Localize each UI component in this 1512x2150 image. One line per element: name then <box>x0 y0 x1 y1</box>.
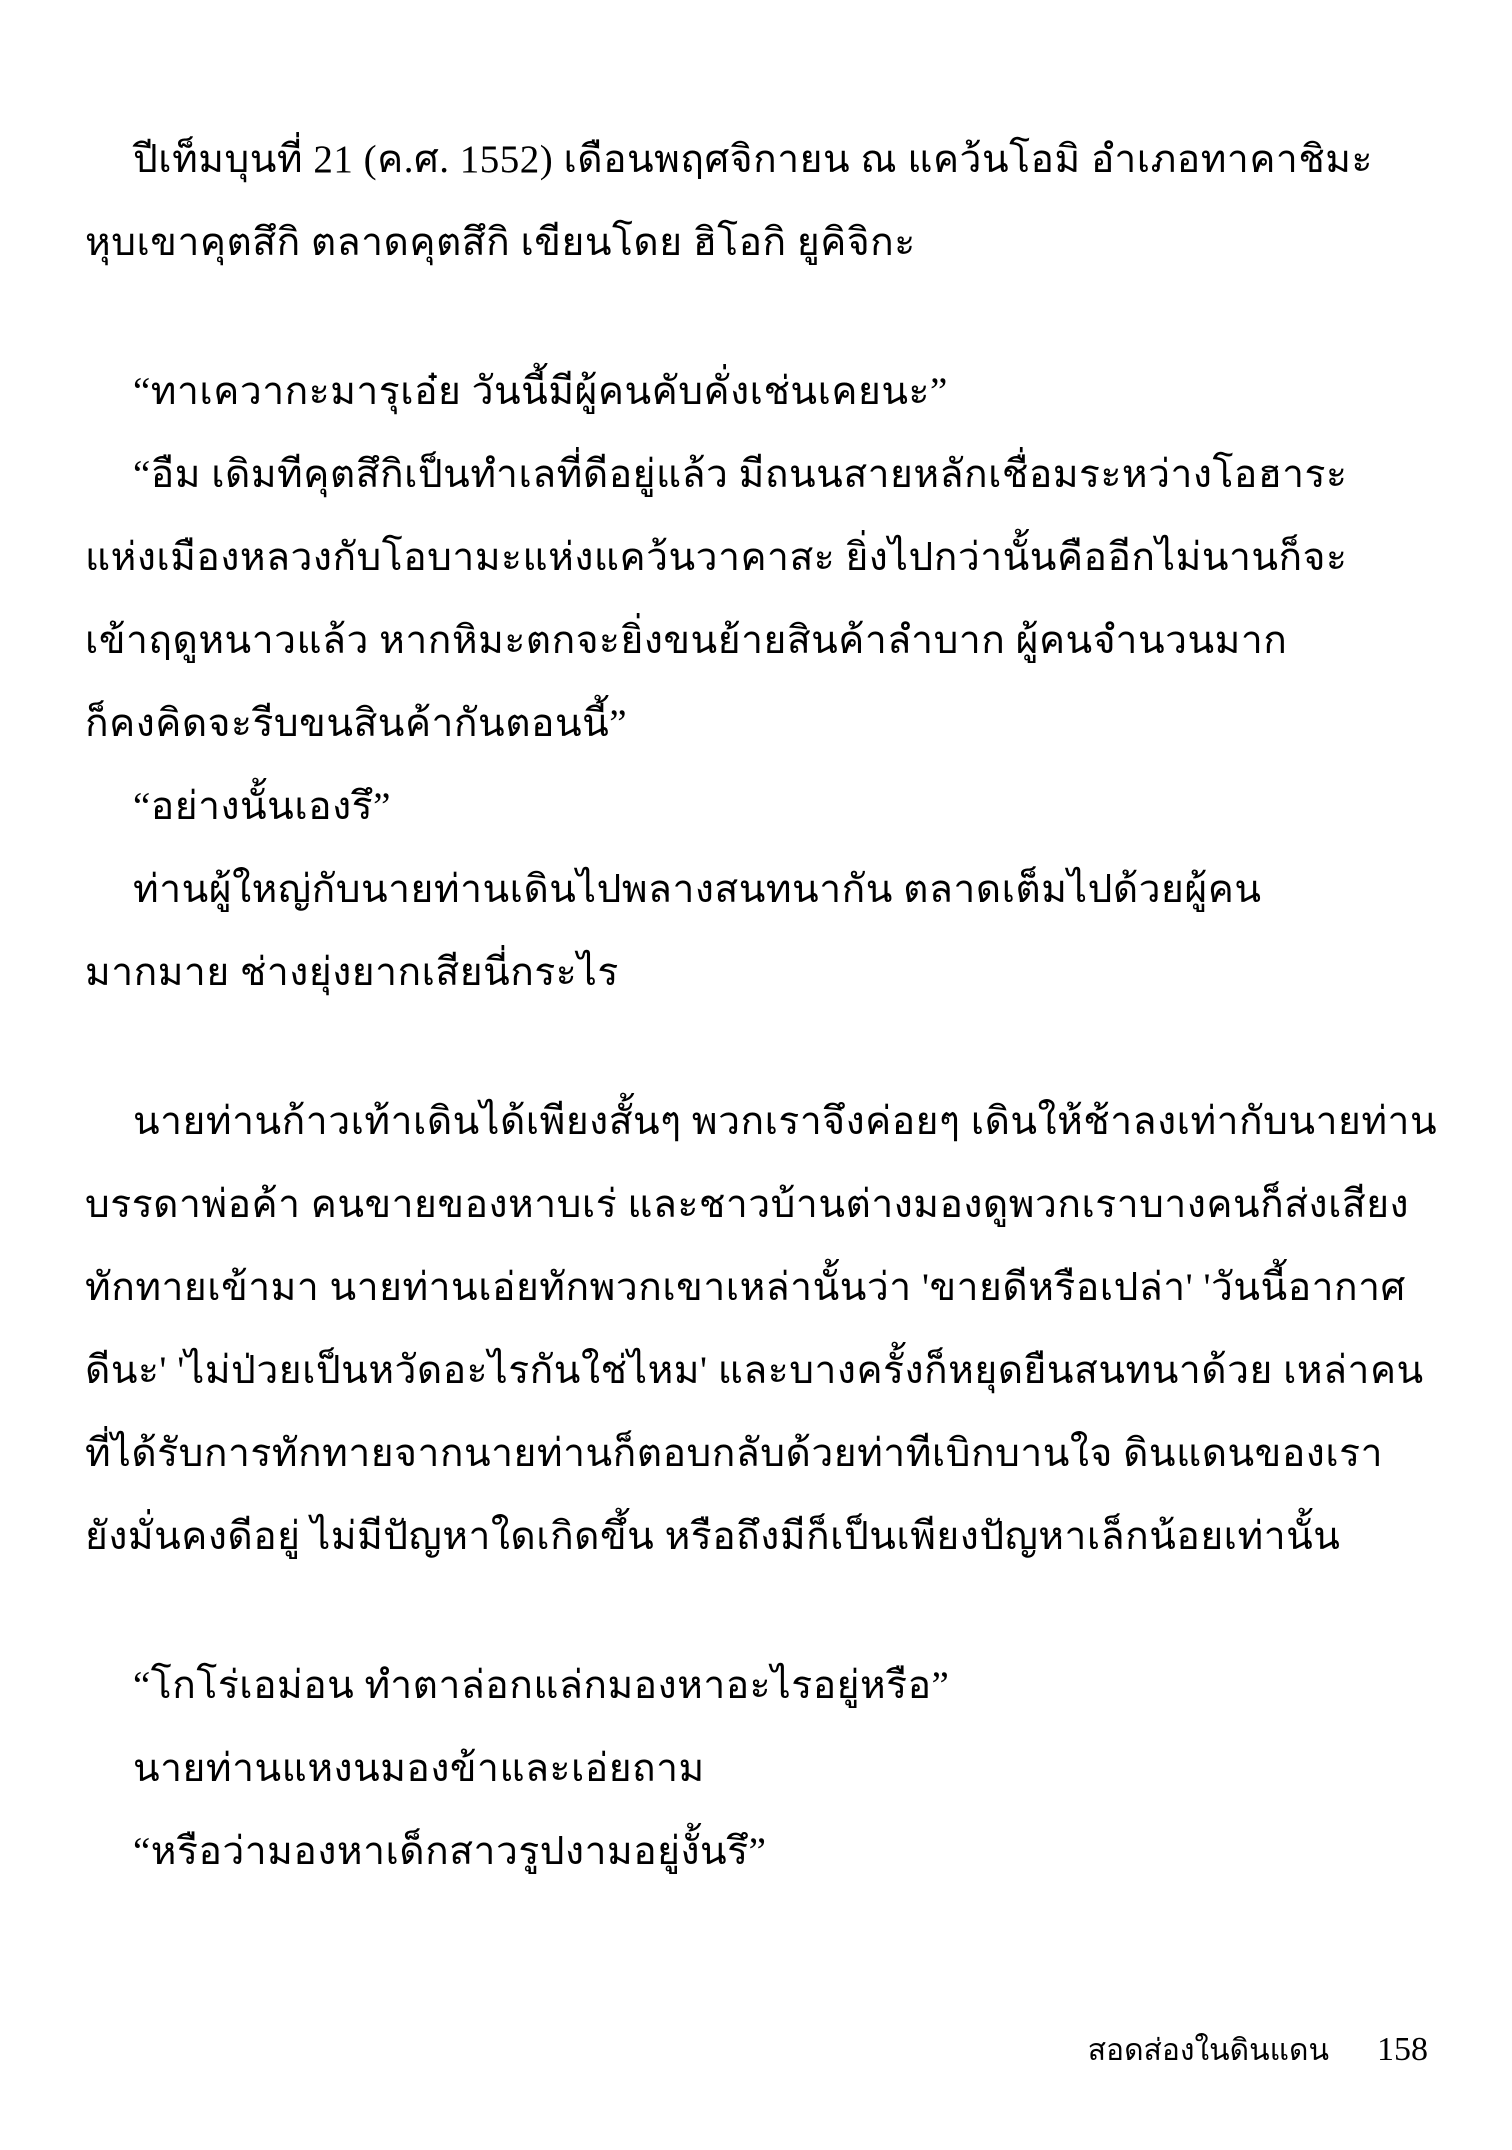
running-title: สอดส่องในดินแดน <box>1088 2027 1329 2074</box>
text-line: “หรือว่ามองหาเด็กสาวรูปงามอยู่งั้นรึ” <box>85 1810 1430 1893</box>
page-footer: สอดส่องในดินแดน 158 <box>1088 2027 1428 2074</box>
text-line: ปีเท็มบุนที่ 21 (ค.ศ. 1552) เดือนพฤศจิกา… <box>85 118 1430 201</box>
text-line: “อืม เดิมทีคุตสึกิเป็นทำเลที่ดีอยู่แล้ว … <box>85 433 1430 516</box>
page-number: 158 <box>1377 2031 1428 2069</box>
text-line: ที่ได้รับการทักทายจากนายท่านก็ตอบกลับด้ว… <box>85 1412 1430 1495</box>
text-line: ยังมั่นคงดีอยู่ ไม่มีปัญหาใดเกิดขึ้น หรื… <box>85 1495 1430 1578</box>
text-line: หุบเขาคุตสึกิ ตลาดคุตสึกิ เขียนโดย ฮิโอก… <box>85 201 1430 284</box>
text-line: บรรดาพ่อค้า คนขายของหาบเร่ และชาวบ้านต่า… <box>85 1163 1430 1246</box>
text-line: ก็คงคิดจะรีบขนสินค้ากันตอนนี้” <box>85 682 1430 765</box>
text-line: เข้าฤดูหนาวแล้ว หากหิมะตกจะยิ่งขนย้ายสิน… <box>85 599 1430 682</box>
body-text: ปีเท็มบุนที่ 21 (ค.ศ. 1552) เดือนพฤศจิกา… <box>85 118 1430 1893</box>
text-line: นายท่านแหงนมองข้าและเอ่ยถาม <box>85 1727 1430 1810</box>
text-line: ดีนะ' 'ไม่ป่วยเป็นหวัดอะไรกันใช่ไหม' และ… <box>85 1329 1430 1412</box>
text-line: “ทาเควากะมารุเอ๋ย วันนี้มีผู้คนคับคั่งเช… <box>85 350 1430 433</box>
text-line: นายท่านก้าวเท้าเดินได้เพียงสั้นๆ พวกเราจ… <box>85 1080 1430 1163</box>
paragraph-gap <box>85 284 1430 350</box>
text-line: “โกโร่เอม่อน ทำตาล่อกแล่กมองหาอะไรอยู่หร… <box>85 1644 1430 1727</box>
text-line: ท่านผู้ใหญ่กับนายท่านเดินไปพลางสนทนากัน … <box>85 848 1430 931</box>
text-line: แห่งเมืองหลวงกับโอบามะแห่งแคว้นวาคาสะ ยิ… <box>85 516 1430 599</box>
book-page: ปีเท็มบุนที่ 21 (ค.ศ. 1552) เดือนพฤศจิกา… <box>0 0 1512 2150</box>
paragraph-gap <box>85 1014 1430 1080</box>
paragraph-gap <box>85 1578 1430 1644</box>
text-line: มากมาย ช่างยุ่งยากเสียนี่กระไร <box>85 931 1430 1014</box>
text-line: “อย่างนั้นเองรึ” <box>85 765 1430 848</box>
text-line: ทักทายเข้ามา นายท่านเอ่ยทักพวกเขาเหล่านั… <box>85 1246 1430 1329</box>
